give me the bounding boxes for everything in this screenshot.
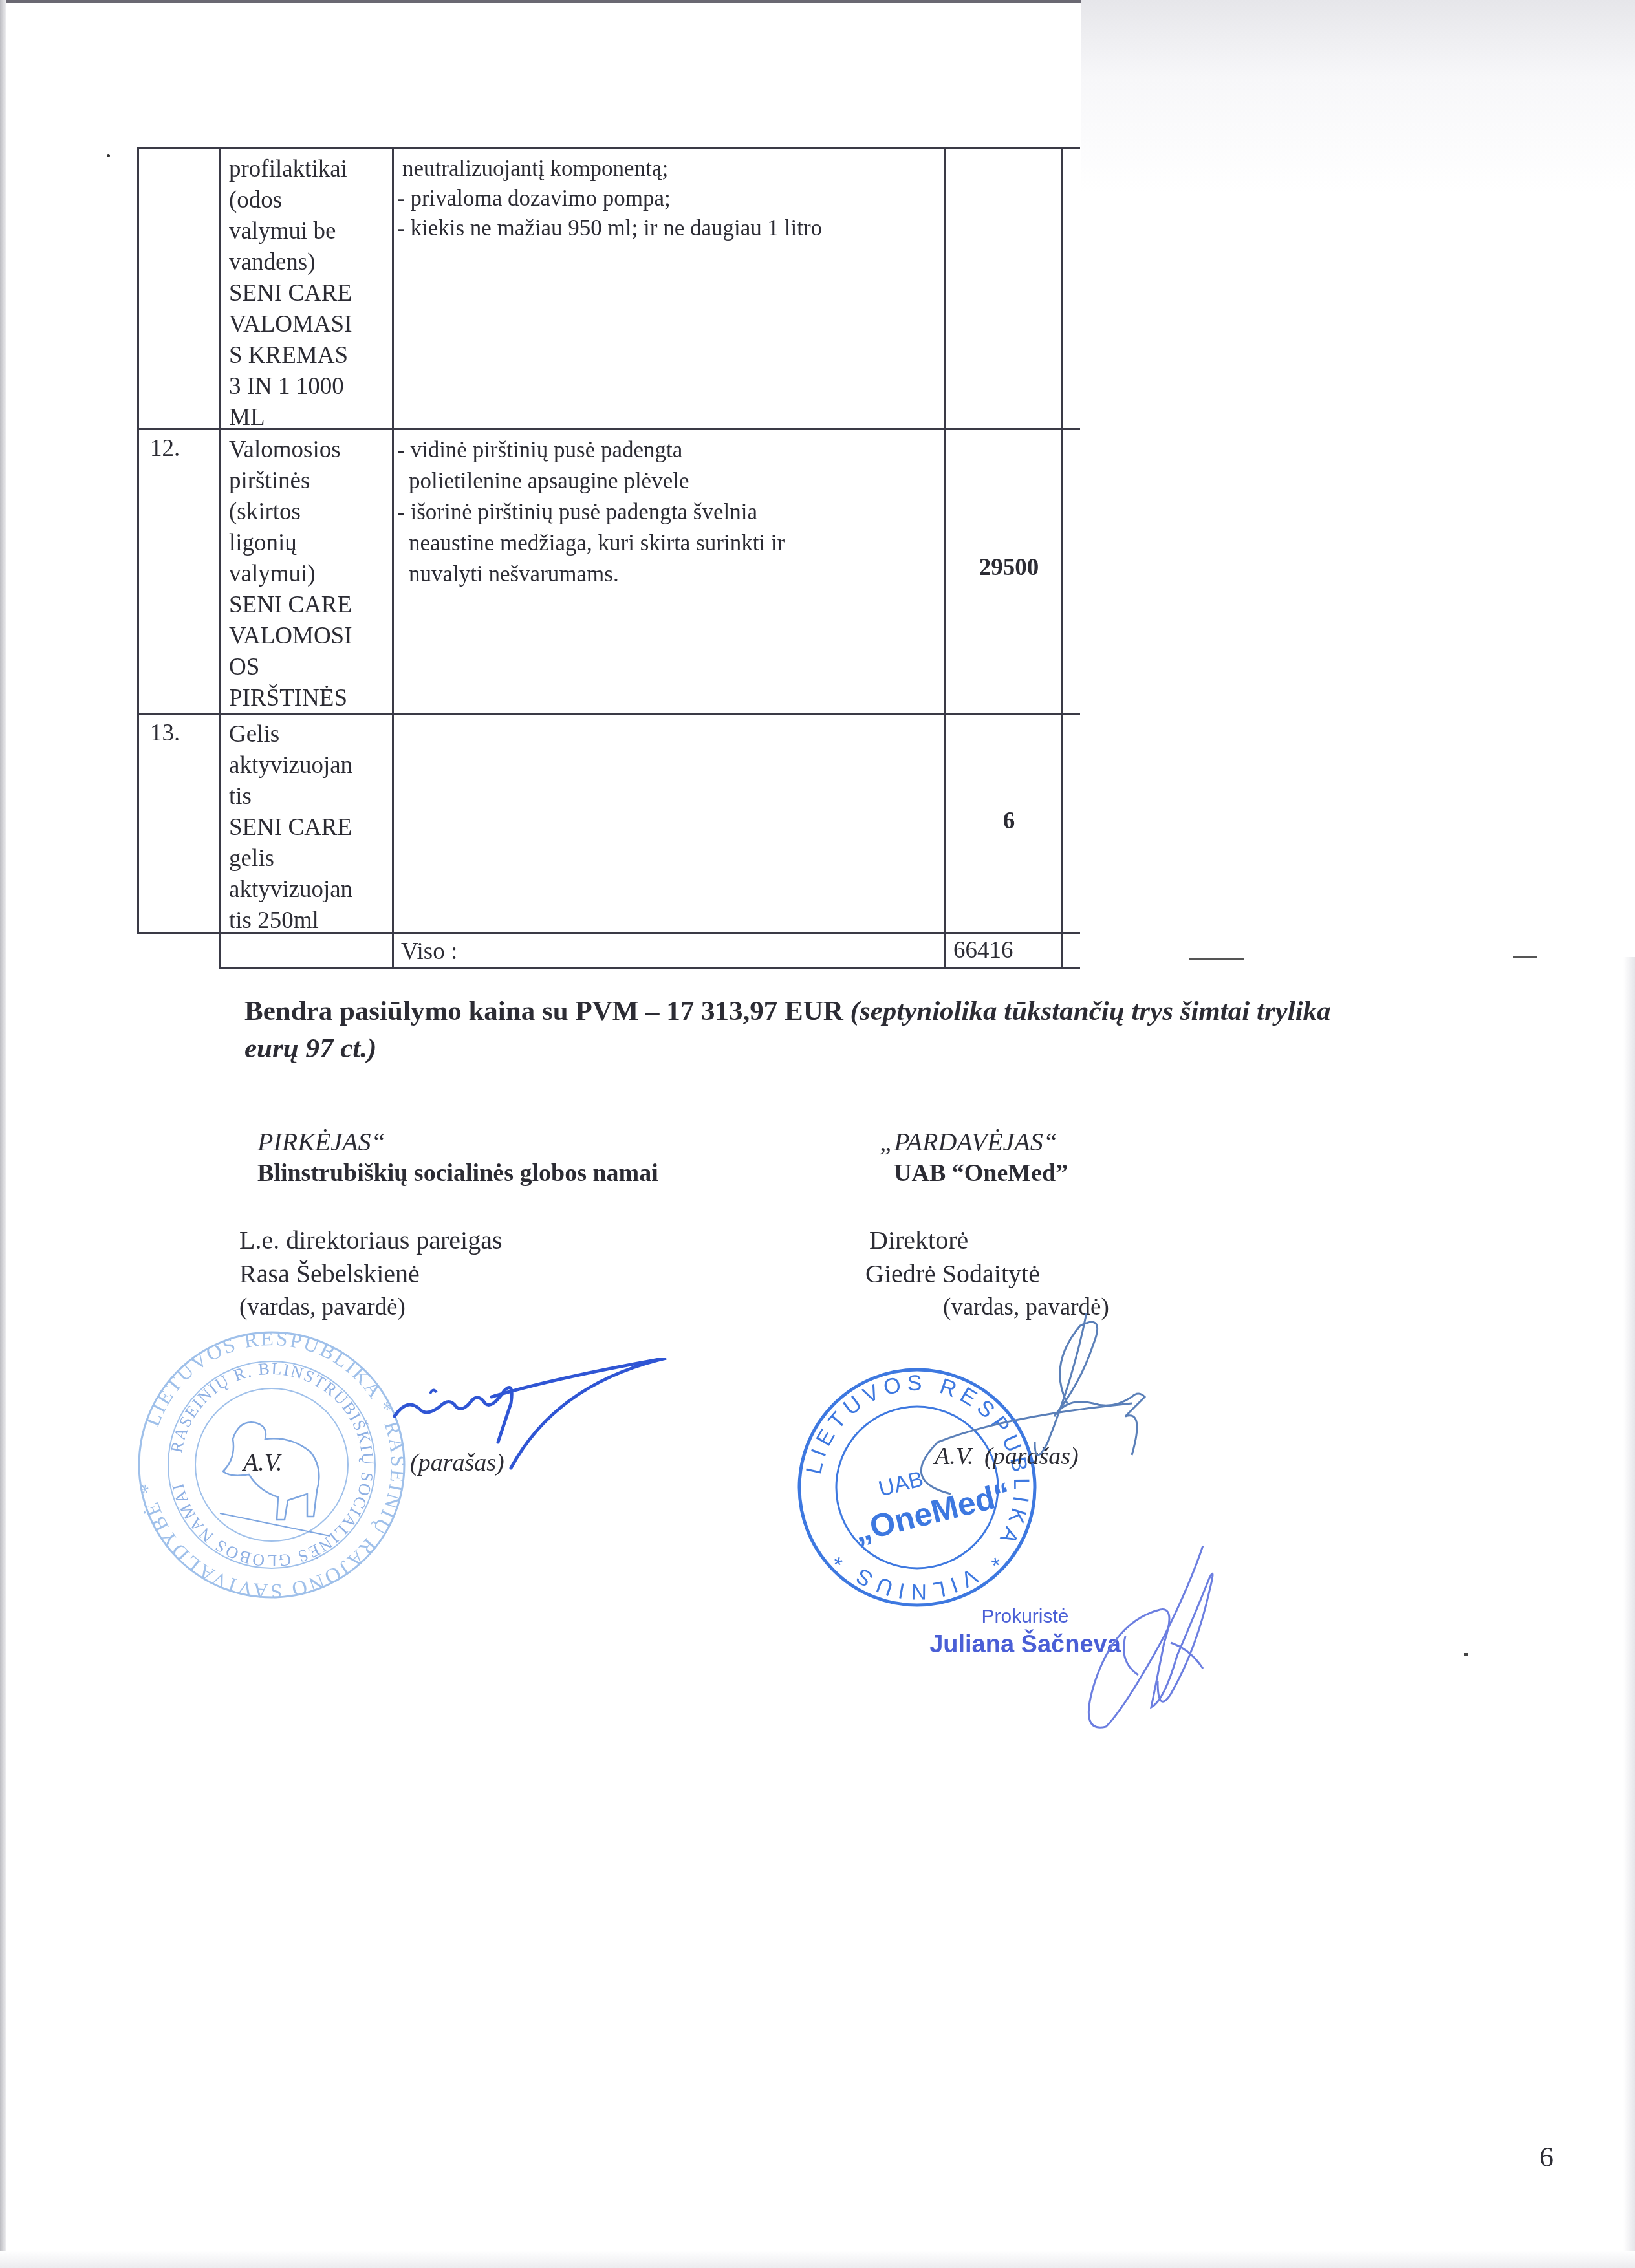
total-price-statement: Bendra pasiūlymo kaina su PVM – 17 313,9… bbox=[244, 993, 1512, 1068]
table-col-divider bbox=[219, 147, 221, 969]
name-line: tis bbox=[229, 781, 391, 812]
total-price-text: Bendra pasiūlymo kaina su PVM – 17 313,9… bbox=[244, 996, 850, 1026]
name-line: aktyvizuojan bbox=[229, 750, 391, 781]
table-row-name: profilaktikai (odos valymui be vandens) … bbox=[229, 154, 391, 433]
buyer-org: Blinstrubiškių socialinės globos namai bbox=[257, 1158, 658, 1189]
table-border-bottom bbox=[219, 967, 1080, 969]
name-line: SENI CARE bbox=[229, 590, 391, 621]
name-line: profilaktikai bbox=[229, 154, 391, 185]
name-line: OS bbox=[229, 652, 391, 683]
name-line: SENI CARE bbox=[229, 278, 391, 309]
scan-right-edge bbox=[1623, 957, 1635, 2268]
table-border-left bbox=[137, 147, 139, 934]
seller-signature-icon bbox=[847, 1313, 1248, 1546]
overlapping-sheet bbox=[1081, 0, 1635, 964]
spec-line: - kiekis ne mažiau 950 ml; ir ne daugiau… bbox=[397, 213, 940, 243]
total-label: Viso : bbox=[401, 936, 457, 967]
name-line: vandens) bbox=[229, 247, 391, 278]
spec-line: nuvalyti nešvarumams. bbox=[397, 559, 940, 590]
spec-line: neaustine medžiaga, kuri skirta surinkti… bbox=[397, 528, 940, 559]
name-line: (skirtos bbox=[229, 497, 391, 528]
page-number: 6 bbox=[1539, 2141, 1554, 2174]
table-row-name: Gelis aktyvizuojan tis SENI CARE gelis a… bbox=[229, 719, 391, 936]
spec-line: polietilenine apsaugine plėvele bbox=[397, 466, 940, 497]
name-line: gelis bbox=[229, 843, 391, 874]
buyer-position: L.e. direktoriaus pareigas bbox=[239, 1224, 503, 1257]
prokurist-signature-icon bbox=[1048, 1546, 1332, 1740]
buyer-av-label: A.V. bbox=[243, 1449, 283, 1477]
scan-speck bbox=[107, 154, 110, 157]
name-line: Valomosios bbox=[229, 435, 391, 466]
buyer-name: Rasa Šebelskienė bbox=[239, 1257, 503, 1291]
row-quantity: 29500 bbox=[944, 554, 1074, 581]
table-row-spec: - vidinė pirštinių pusė padengta polieti… bbox=[397, 435, 940, 590]
table-row-spec: neutralizuojantį komponentą; - privaloma… bbox=[397, 154, 940, 243]
buyer-signature-icon bbox=[382, 1358, 679, 1487]
buyer-signatory: L.e. direktoriaus pareigas Rasa Šebelski… bbox=[239, 1224, 503, 1324]
name-line: VALOMOSI bbox=[229, 621, 391, 652]
name-line: pirštinės bbox=[229, 466, 391, 497]
total-price-words-cont: eurų 97 ct.) bbox=[244, 1033, 376, 1064]
spec-line: neutralizuojantį komponentą; bbox=[397, 154, 940, 184]
seller-block: „PARDAVĖJAS“ UAB “OneMed” bbox=[880, 1127, 1068, 1189]
name-line: valymui be bbox=[229, 216, 391, 247]
name-line: SENI CARE bbox=[229, 812, 391, 843]
spec-line: - išorinė pirštinių pusė padengta švelni… bbox=[397, 497, 940, 528]
name-line: S KREMAS bbox=[229, 340, 391, 371]
scan-stray-line bbox=[1513, 956, 1537, 958]
total-quantity: 66416 bbox=[953, 935, 1013, 966]
spec-line: - vidinė pirštinių pusė padengta bbox=[397, 435, 940, 466]
buyer-role: PIRKĖJAS“ bbox=[257, 1127, 658, 1158]
table-border-top bbox=[137, 147, 1080, 149]
name-line: ML bbox=[229, 402, 391, 433]
row-quantity: 6 bbox=[944, 807, 1074, 835]
name-line: VALOMASI bbox=[229, 309, 391, 340]
seller-org: UAB “OneMed” bbox=[880, 1158, 1068, 1189]
name-line: 3 IN 1 1000 bbox=[229, 371, 391, 402]
seller-role: „PARDAVĖJAS“ bbox=[880, 1127, 1068, 1158]
table-row-name: Valomosios pirštinės (skirtos ligonių va… bbox=[229, 435, 391, 714]
name-line: tis 250ml bbox=[229, 905, 391, 936]
name-line: PIRŠTINĖS bbox=[229, 683, 391, 714]
buyer-block: PIRKĖJAS“ Blinstrubiškių socialinės glob… bbox=[257, 1127, 658, 1189]
table-col-divider bbox=[392, 147, 394, 969]
seller-signatory: Direktorė Giedrė Sodaitytė (vardas, pava… bbox=[865, 1224, 1109, 1324]
name-line: aktyvizuojan bbox=[229, 874, 391, 905]
spec-line: - privaloma dozavimo pompa; bbox=[397, 184, 940, 213]
name-line: ligonių bbox=[229, 528, 391, 559]
row-number: 12. bbox=[150, 435, 180, 462]
row-number: 13. bbox=[150, 719, 180, 747]
name-line: (odos bbox=[229, 185, 391, 216]
total-price-words: (septyniolika tūkstančių trys šimtai try… bbox=[850, 996, 1331, 1026]
seller-position: Direktorė bbox=[865, 1224, 1109, 1257]
name-line: Gelis bbox=[229, 719, 391, 750]
scan-left-edge bbox=[0, 0, 6, 2268]
scan-stray-line bbox=[1189, 958, 1244, 960]
seller-name: Giedrė Sodaitytė bbox=[865, 1257, 1109, 1291]
buyer-name-caption: (vardas, pavardė) bbox=[239, 1291, 503, 1324]
scan-speck bbox=[1464, 1653, 1468, 1656]
scan-bottom-edge bbox=[0, 2251, 1635, 2268]
name-line: valymui) bbox=[229, 559, 391, 590]
